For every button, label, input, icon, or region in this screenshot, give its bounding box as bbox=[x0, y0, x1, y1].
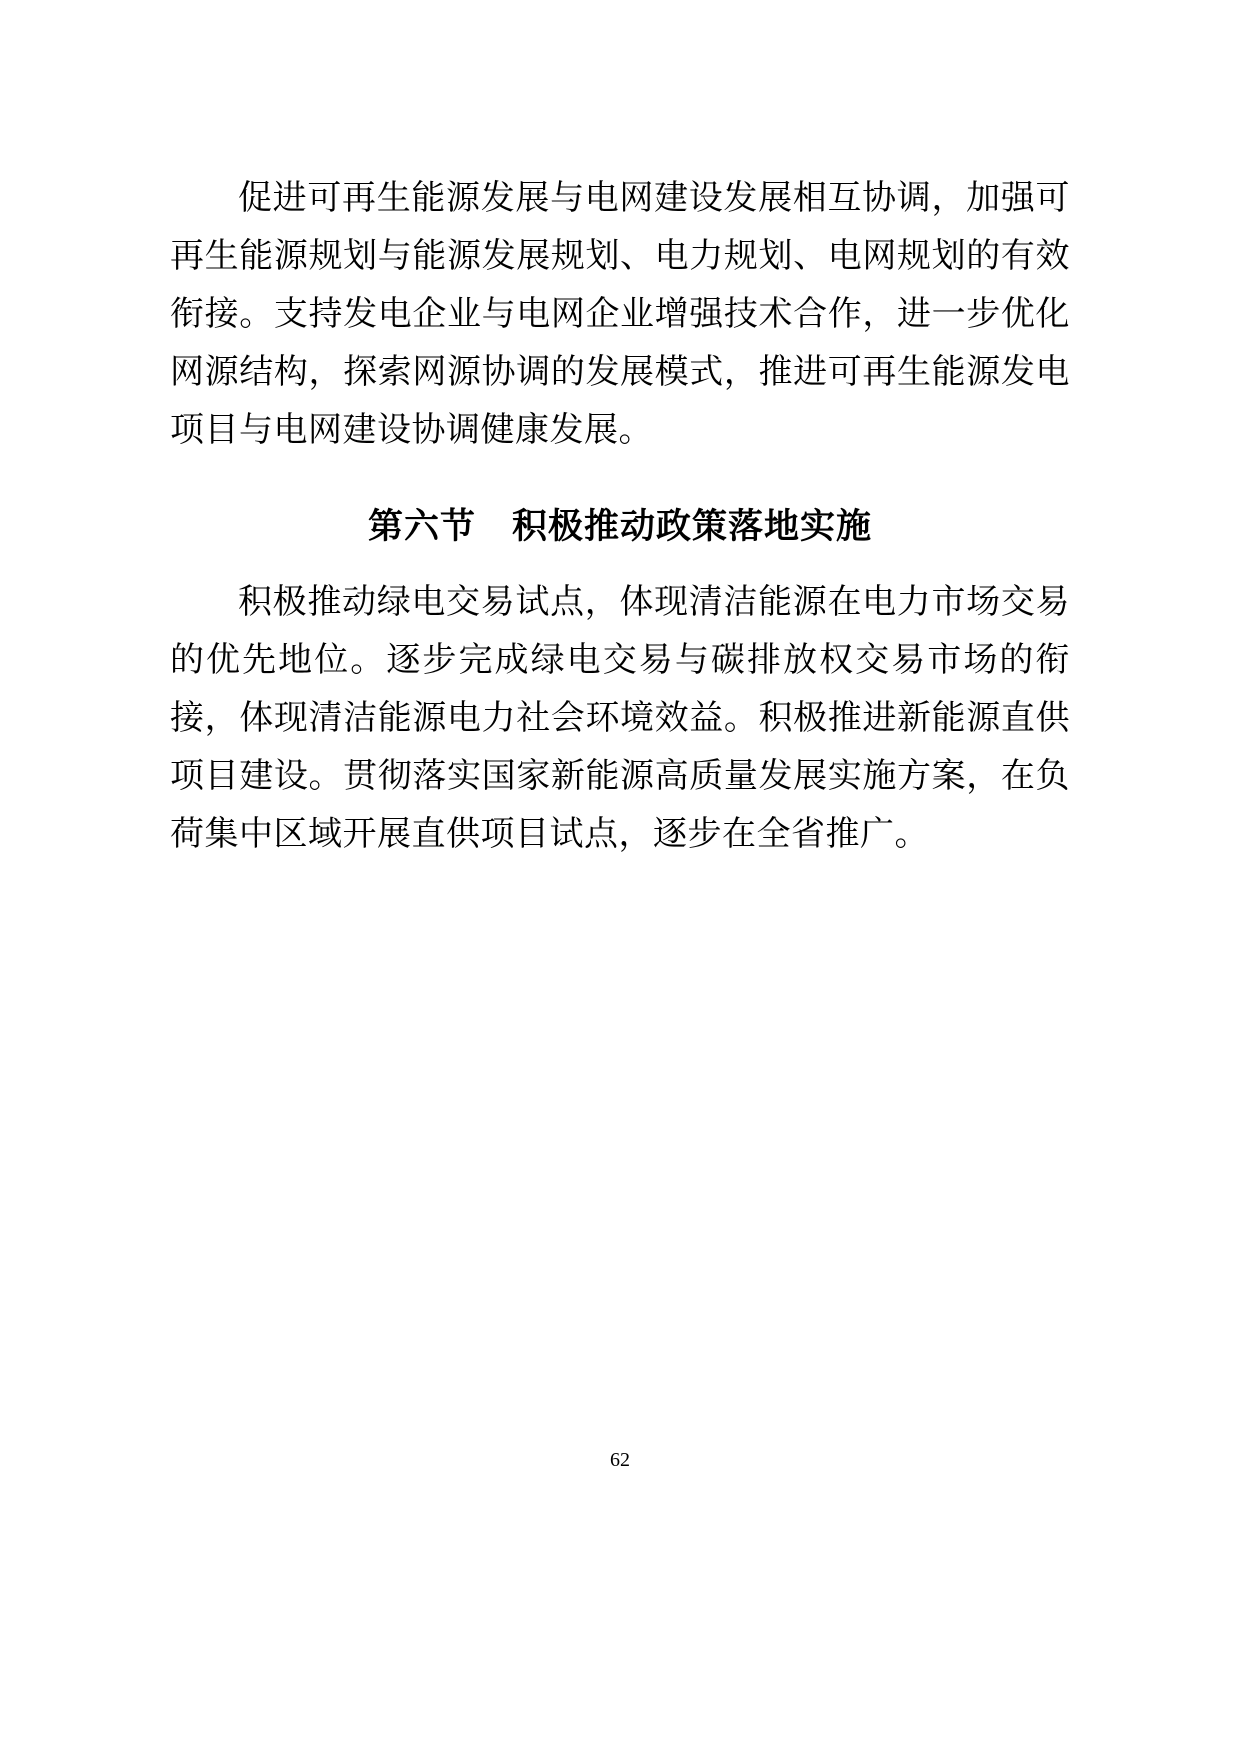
page-number: 62 bbox=[0, 1448, 1240, 1472]
document-page: 促进可再生能源发展与电网建设发展相互协调，加强可再生能源规划与能源发展规划、电力… bbox=[0, 0, 1240, 1754]
section-heading: 第六节 积极推动政策落地实施 bbox=[170, 498, 1070, 556]
paragraph-grid-coordination: 促进可再生能源发展与电网建设发展相互协调，加强可再生能源规划与能源发展规划、电力… bbox=[170, 170, 1070, 460]
page-content: 促进可再生能源发展与电网建设发展相互协调，加强可再生能源规划与能源发展规划、电力… bbox=[170, 170, 1070, 864]
paragraph-policy-implementation: 积极推动绿电交易试点，体现清洁能源在电力市场交易的优先地位。逐步完成绿电交易与碳… bbox=[170, 574, 1070, 864]
